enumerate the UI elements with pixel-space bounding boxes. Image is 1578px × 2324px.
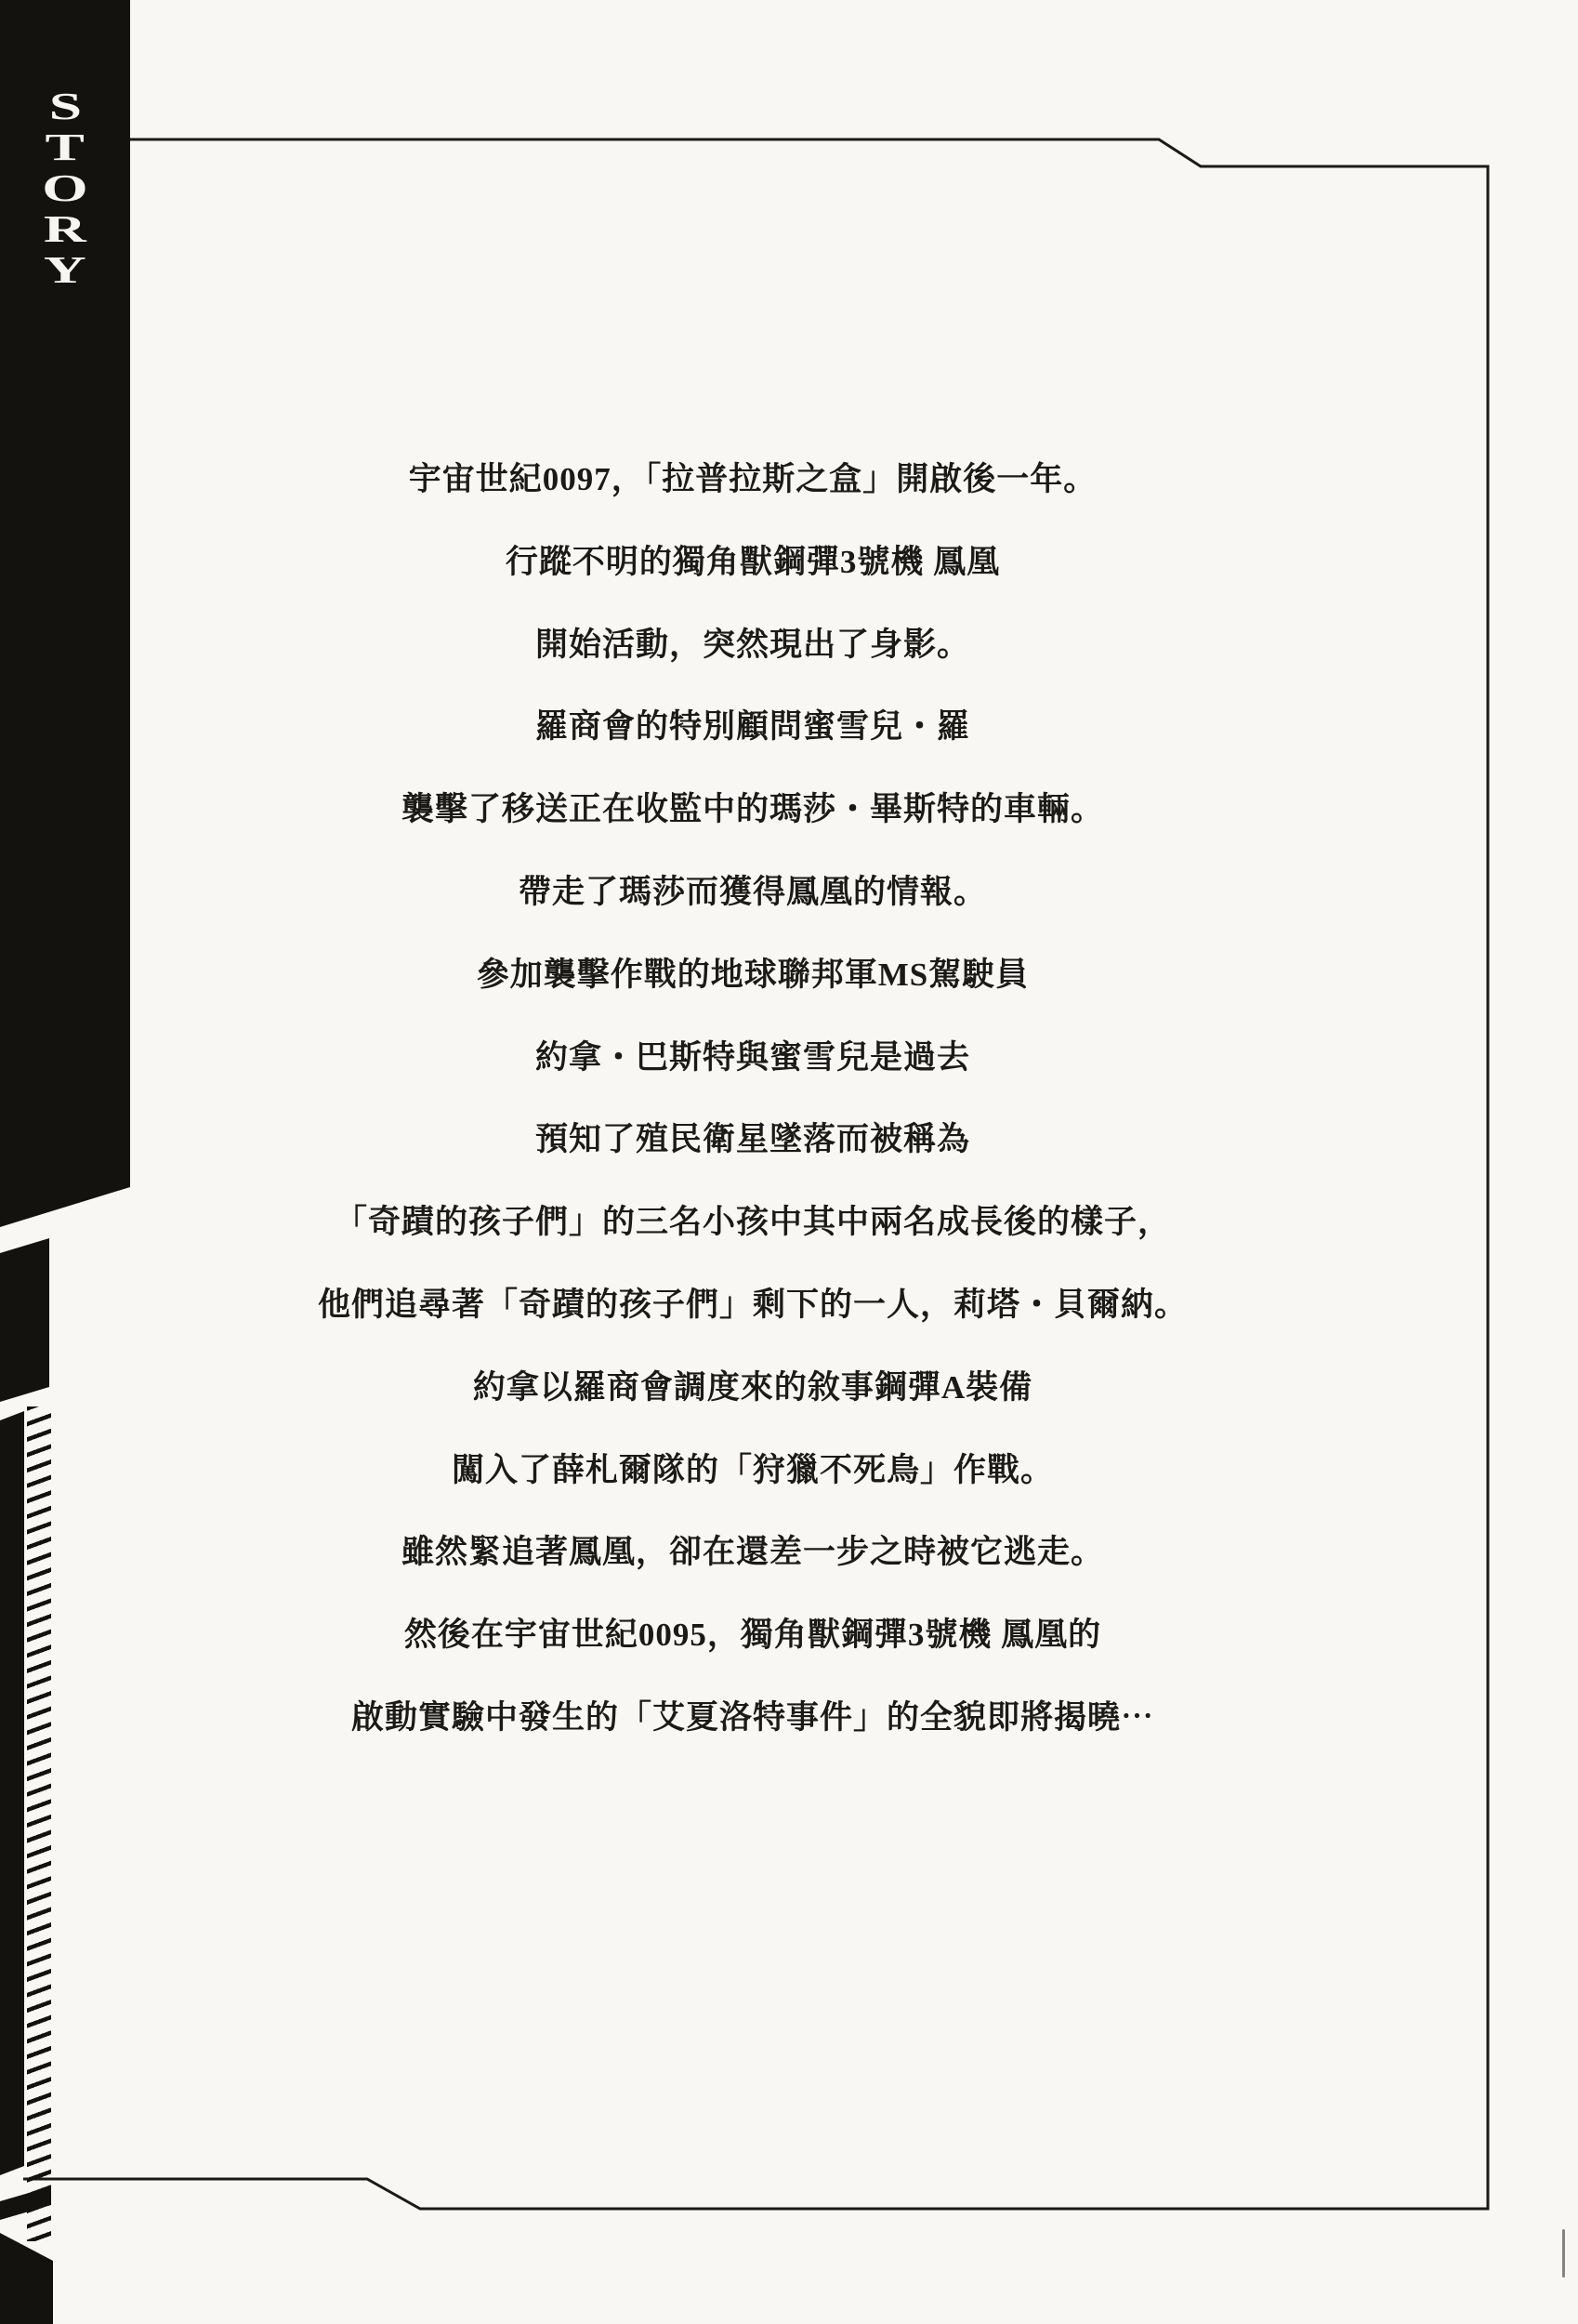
title-letter: S xyxy=(48,86,81,126)
story-line: 他們追尋著「奇蹟的孩子們」剩下的一人，莉塔・貝爾納。 xyxy=(0,1264,1506,1347)
story-line: 襲擊了移送正在收監中的瑪莎・畢斯特的車輛。 xyxy=(0,769,1506,852)
story-synopsis: 宇宙世紀0097，「拉普拉斯之盒」開啟後一年。 行蹤不明的獨角獸鋼彈3號機 鳳凰… xyxy=(0,439,1506,1760)
story-line: 約拿・巴斯特與蜜雪兒是過去 xyxy=(0,1017,1506,1100)
story-line: 開始活動，突然現出了身影。 xyxy=(0,604,1506,687)
story-line: 雖然緊追著鳳凰，卻在還差一步之時被它逃走。 xyxy=(0,1512,1506,1594)
story-line: 參加襲擊作戰的地球聯邦軍MS駕駛員 xyxy=(0,934,1506,1017)
story-line: 然後在宇宙世紀0095，獨角獸鋼彈3號機 鳳凰的 xyxy=(0,1594,1506,1677)
story-line: 約拿以羅商會調度來的敘事鋼彈A裝備 xyxy=(0,1347,1506,1430)
story-line: 啟動實驗中發生的「艾夏洛特事件」的全貌即將揭曉⋯ xyxy=(0,1677,1506,1760)
sidebar-corner-block xyxy=(0,2233,53,2324)
story-line: 預知了殖民衛星墜落而被稱為 xyxy=(0,1099,1506,1182)
page-title-vertical: S T O R Y xyxy=(0,86,130,290)
page-edge-artifact xyxy=(1562,2229,1565,2278)
story-line: 「奇蹟的孩子們」的三名小孩中其中兩名成長後的樣子， xyxy=(0,1182,1506,1264)
story-line: 闖入了薛札爾隊的「狩獵不死鳥」作戰。 xyxy=(0,1430,1506,1512)
title-letter: Y xyxy=(44,249,86,290)
title-letter: O xyxy=(42,167,87,208)
story-line: 宇宙世紀0097，「拉普拉斯之盒」開啟後一年。 xyxy=(0,439,1506,522)
story-line: 行蹤不明的獨角獸鋼彈3號機 鳳凰 xyxy=(0,522,1506,604)
story-line: 羅商會的特別顧問蜜雪兒・羅 xyxy=(0,686,1506,769)
story-line: 帶走了瑪莎而獲得鳳凰的情報。 xyxy=(0,852,1506,934)
scanned-book-page: S T O R Y 宇宙世紀0097，「拉普拉斯之盒」開啟後一年。 行蹤不明的獨… xyxy=(0,0,1578,2324)
title-letter: R xyxy=(44,208,86,249)
title-letter: T xyxy=(46,126,85,167)
